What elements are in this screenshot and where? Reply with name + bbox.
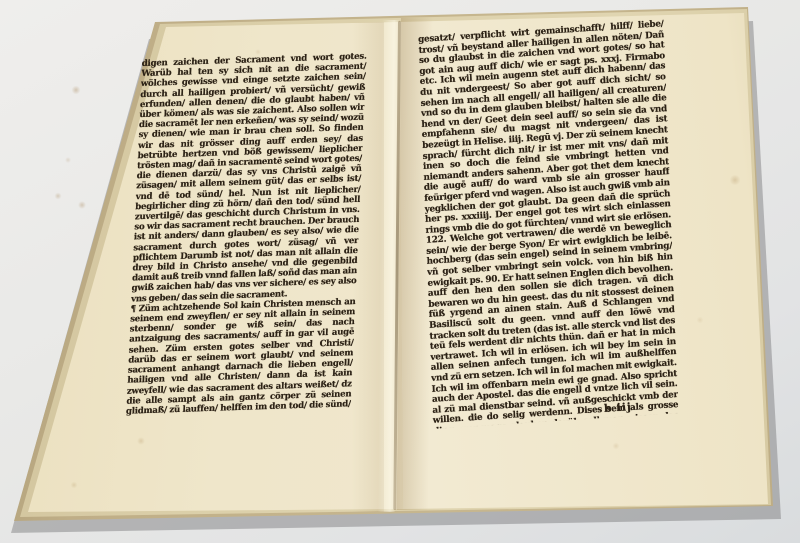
left-page-paragraph-2: ¶ Züm achtzehende Sol kain Christen mens…	[126, 297, 356, 416]
photo-of-open-book: digen zaichen der Sacrament vnd wort got…	[0, 0, 800, 543]
foxing-spot	[72, 86, 81, 95]
foxing-spot	[613, 443, 620, 450]
foxing-spot	[55, 193, 62, 200]
left-page-paragraph-1: digen zaichen der Sacrament vnd wort got…	[131, 52, 367, 305]
foxing-spot	[697, 317, 704, 324]
foxing-spot	[137, 437, 145, 445]
foxing-spot	[65, 157, 71, 163]
foxing-spot	[71, 482, 78, 489]
foxing-spot	[729, 175, 741, 185]
left-page-text-block: digen zaichen der Sacrament vnd wort got…	[126, 52, 367, 416]
right-page-text-block: gesatzt/ verpflicht wirt gemainschafft/ …	[418, 19, 679, 429]
quire-signature-mark: b iij	[604, 401, 632, 415]
right-page-paragraph-1: gesatzt/ verpflicht wirt gemainschafft/ …	[418, 19, 679, 429]
foxing-spot	[78, 201, 86, 209]
